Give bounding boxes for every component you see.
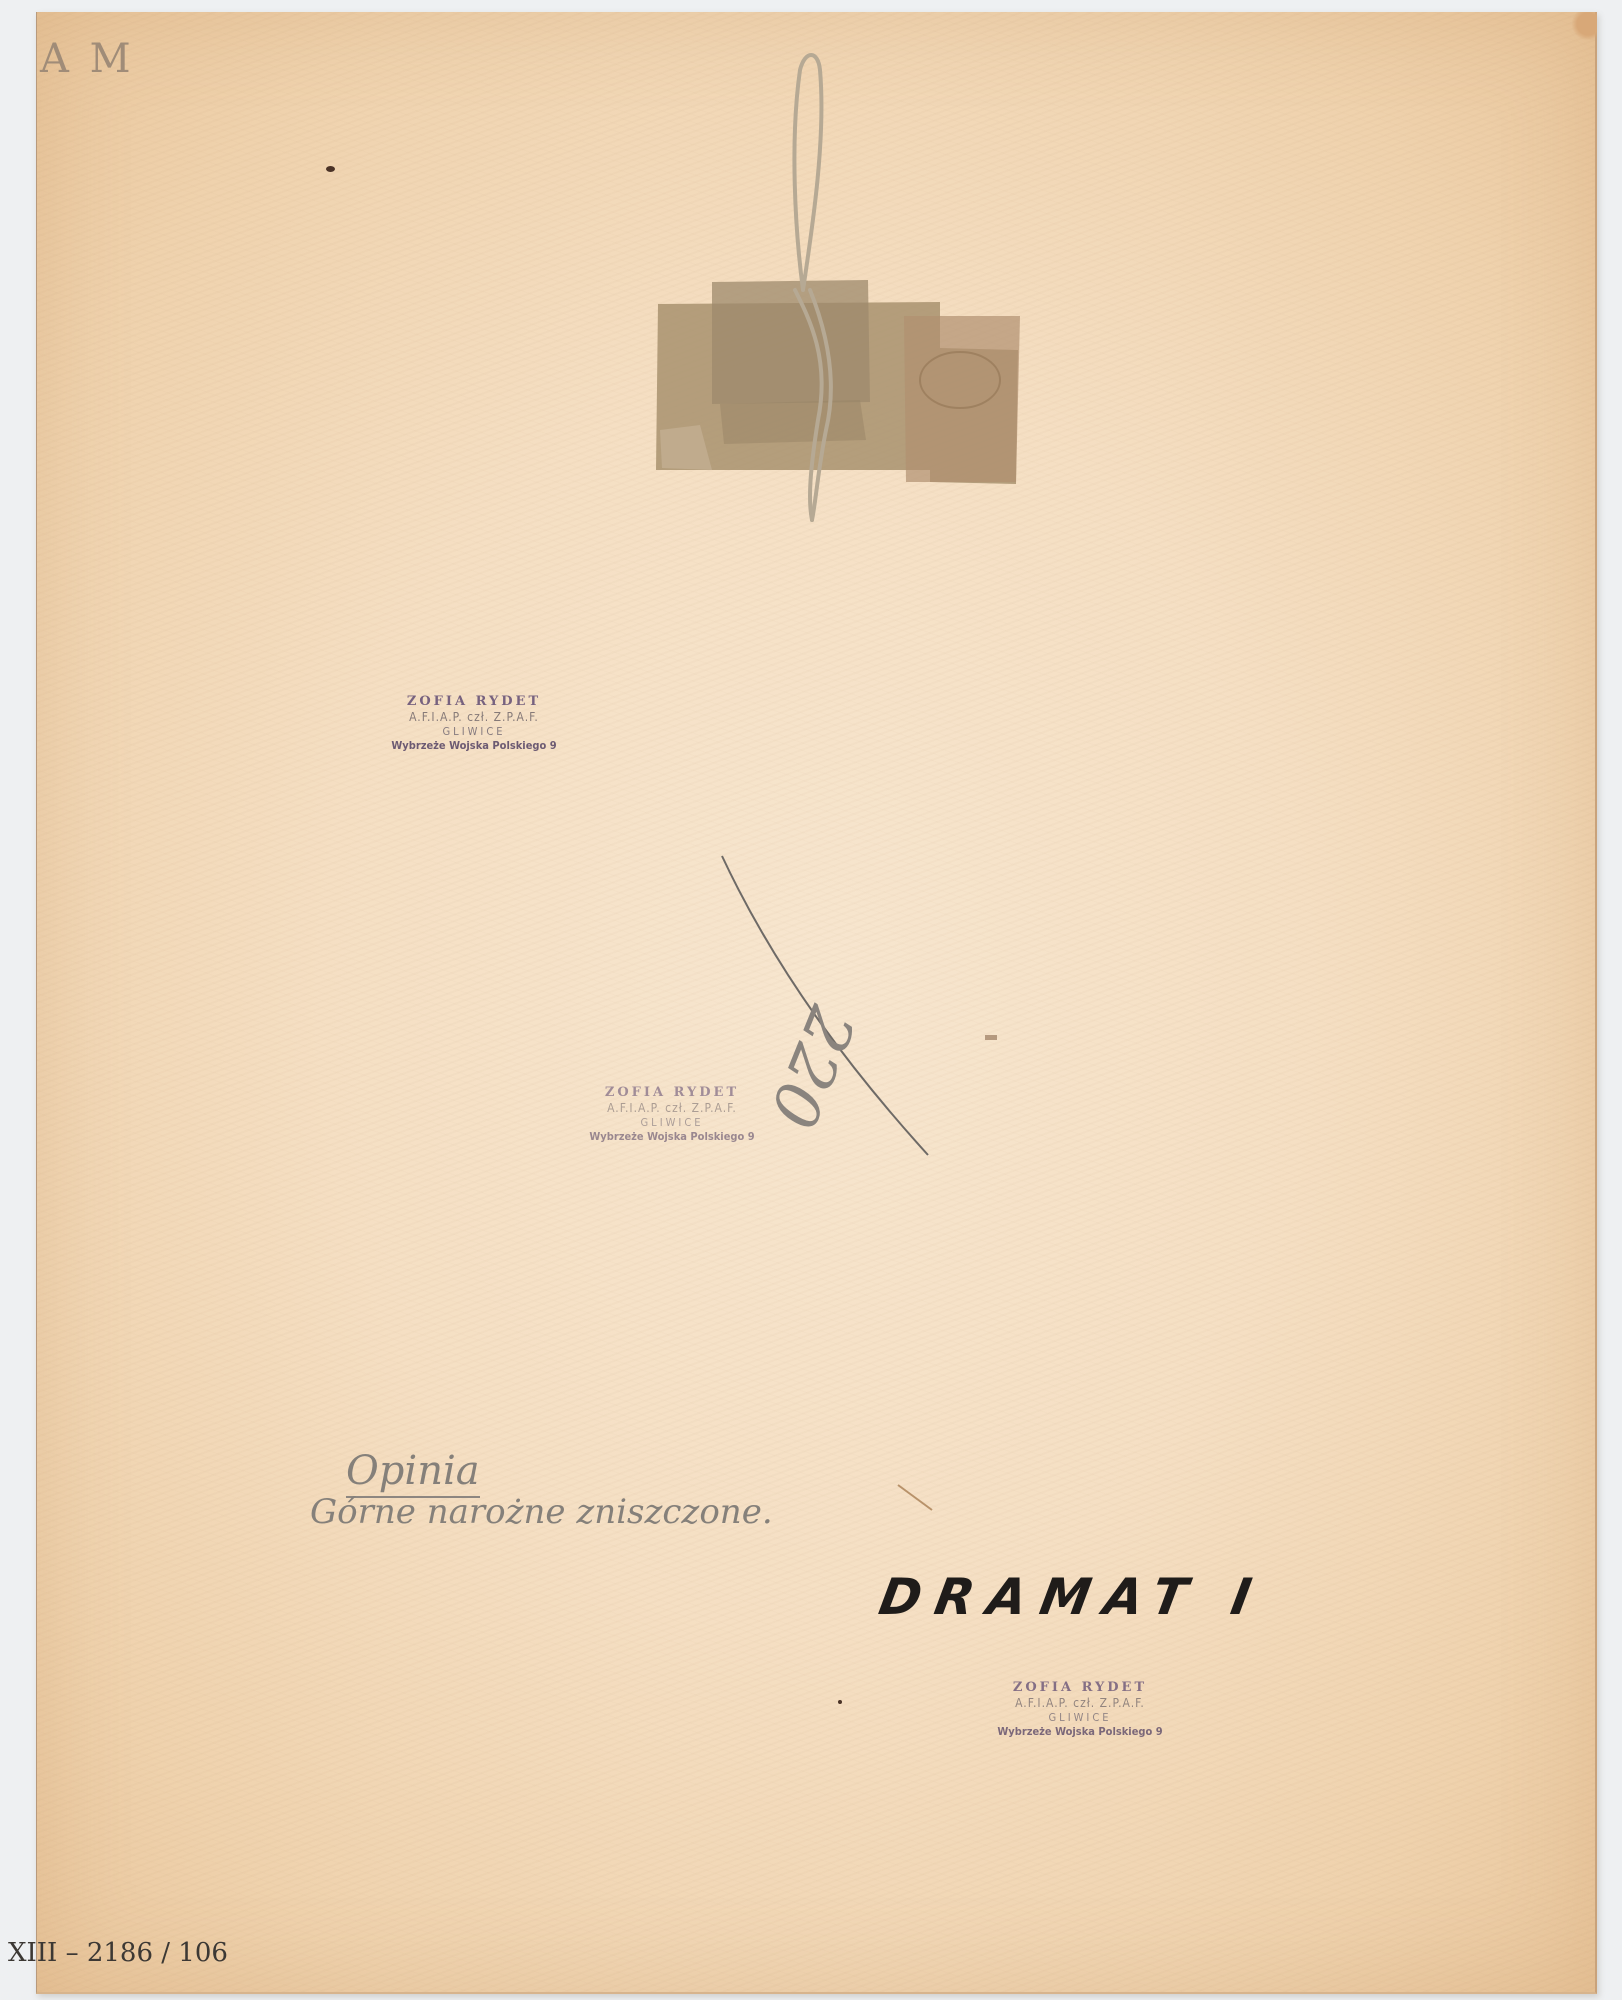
stamp-city: GLIWICE <box>990 1711 1170 1725</box>
dark-speck <box>326 166 335 172</box>
title-marker: DRAMAT I <box>875 1568 1270 1626</box>
stamp-affiliation: A.F.I.A.P. czł. Z.P.A.F. <box>582 1101 762 1116</box>
opinion-heading: Opinia <box>346 1448 480 1498</box>
stamp-affiliation: A.F.I.A.P. czł. Z.P.A.F. <box>384 710 564 725</box>
photographer-stamp: ZOFIA RYDET A.F.I.A.P. czł. Z.P.A.F. GLI… <box>384 694 564 753</box>
photographer-stamp: ZOFIA RYDET A.F.I.A.P. czł. Z.P.A.F. GLI… <box>990 1680 1170 1739</box>
opinion-note: Górne narożne zniszczone. <box>310 1492 773 1532</box>
stamp-name: ZOFIA RYDET <box>384 694 564 710</box>
stamp-affiliation: A.F.I.A.P. czł. Z.P.A.F. <box>990 1696 1170 1711</box>
stamp-city: GLIWICE <box>384 725 564 739</box>
stamp-address: Wybrzeże Wojska Polskiego 9 <box>990 1725 1170 1739</box>
photographer-stamp: ZOFIA RYDET A.F.I.A.P. czł. Z.P.A.F. GLI… <box>582 1085 762 1144</box>
edge-discoloration <box>37 12 1595 1992</box>
paper-texture <box>37 12 1595 1992</box>
stamp-address: Wybrzeże Wojska Polskiego 9 <box>582 1130 762 1144</box>
stamp-city: GLIWICE <box>582 1116 762 1130</box>
stamp-name: ZOFIA RYDET <box>990 1680 1170 1696</box>
inventory-number: XIII – 2186 / 106 <box>8 1938 228 1968</box>
damaged-corner <box>1567 12 1597 42</box>
dark-speck <box>838 1700 842 1704</box>
pencil-initials: A M <box>40 36 135 82</box>
stamp-name: ZOFIA RYDET <box>582 1085 762 1101</box>
stamp-address: Wybrzeże Wojska Polskiego 9 <box>384 739 564 753</box>
